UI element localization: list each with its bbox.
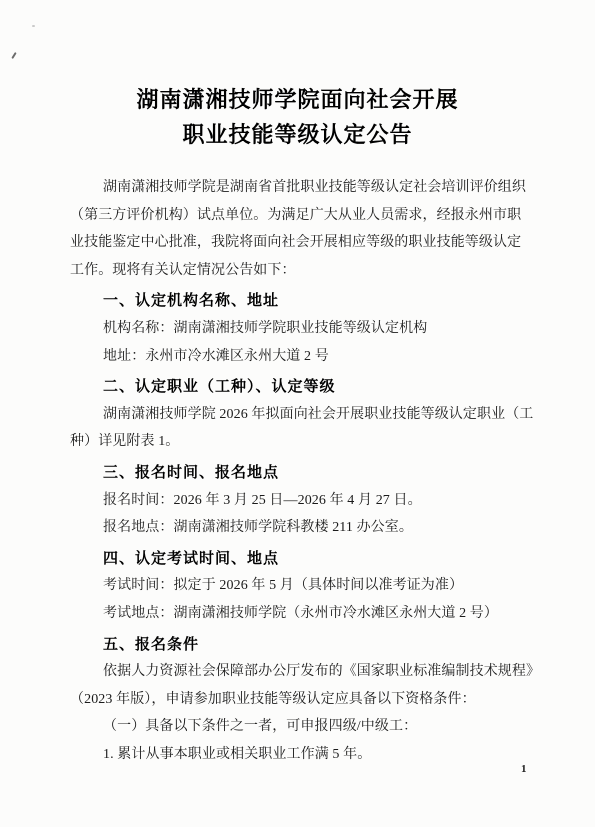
- document-title: 湖南潇湘技师学院面向社会开展 职业技能等级认定公告: [0, 82, 595, 152]
- document-text-line: 1. 累计从事本职业或相关职业工作满 5 年。: [70, 741, 540, 769]
- document-text-line: 报名地点：湖南潇湘技师学院科教楼 211 办公室。: [70, 514, 540, 542]
- document-text-line: 湖南潇湘技师学院是湖南省首批职业技能等级认定社会培训评价组织: [70, 174, 540, 202]
- section-heading: 四、认定考试时间、地点: [70, 545, 540, 573]
- document-text-line: （2023 年版），申请参加职业技能等级认定应具备以下资格条件：: [70, 686, 540, 714]
- scan-speck: [32, 25, 35, 27]
- document-text-line: 报名时间：2026 年 3 月 25 日—2026 年 4 月 27 日。: [70, 487, 540, 515]
- document-text-line: 湖南潇湘技师学院 2026 年拟面向社会开展职业技能等级认定职业（工: [70, 401, 540, 429]
- section-heading: 三、报名时间、报名地点: [70, 459, 540, 487]
- document-text-line: 考试地点：湖南潇湘技师学院（永州市冷水滩区永州大道 2 号）: [70, 600, 540, 628]
- document-text-line: （一）具备以下条件之一者，可申报四级/中级工：: [70, 713, 540, 741]
- section-heading: 二、认定职业（工种）、认定等级: [70, 373, 540, 401]
- document-text-line: 机构名称：湖南潇湘技师学院职业技能等级认定机构: [70, 315, 540, 343]
- page-number: 1: [521, 763, 527, 775]
- title-line-2: 职业技能等级认定公告: [0, 117, 595, 152]
- document-text-line: 业技能鉴定中心批准，我院将面向社会开展相应等级的职业技能等级认定: [70, 229, 540, 257]
- document-text-line: 依据人力资源社会保障部办公厅发布的《国家职业标准编制技术规程》: [70, 658, 540, 686]
- document-text-line: 种）详见附表 1。: [70, 428, 540, 456]
- document-text-line: 考试时间：拟定于 2026 年 5 月（具体时间以准考证为准）: [70, 572, 540, 600]
- document-page: 湖南潇湘技师学院面向社会开展 职业技能等级认定公告 湖南潇湘技师学院是湖南省首批…: [0, 0, 595, 827]
- document-text-line: 地址：永州市冷水滩区永州大道 2 号: [70, 343, 540, 371]
- scan-speck: [11, 52, 16, 59]
- document-text-line: 工作。现将有关认定情况公告如下：: [70, 257, 540, 285]
- section-heading: 五、报名条件: [70, 631, 540, 659]
- title-line-1: 湖南潇湘技师学院面向社会开展: [0, 82, 595, 117]
- section-heading: 一、认定机构名称、地址: [70, 287, 540, 315]
- document-body: 湖南潇湘技师学院是湖南省首批职业技能等级认定社会培训评价组织（第三方评价机构）试…: [70, 174, 540, 768]
- document-text-line: （第三方评价机构）试点单位。为满足广大从业人员需求，经报永州市职: [70, 202, 540, 230]
